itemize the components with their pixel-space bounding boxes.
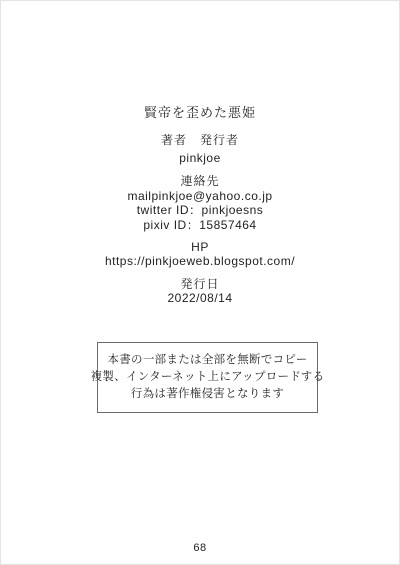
- book-title: 賢帝を歪めた悪姫: [1, 106, 399, 120]
- publication-date-heading: 発行日: [1, 277, 399, 291]
- contact-heading: 連絡先: [1, 174, 399, 188]
- copyright-notice-box: 本書の一部または全部を無断でコピー 複製、インターネット上にアップロードする 行…: [97, 342, 318, 413]
- contact-email: mailpinkjoe@yahoo.co.jp: [1, 189, 399, 203]
- author-publisher-label: 著者 発行者: [1, 133, 399, 147]
- author-name: pinkjoe: [1, 151, 399, 165]
- copyright-notice-line-3: 行為は著作権侵害となります: [131, 386, 284, 403]
- contact-twitter-id: twitter ID：pinkjoesns: [1, 203, 399, 217]
- contact-pixiv-id: pixiv ID：15857464: [1, 218, 399, 232]
- publication-date: 2022/08/14: [1, 291, 399, 305]
- website-url: https://pinkjoeweb.blogspot.com/: [1, 254, 399, 268]
- copyright-notice-line-2: 複製、インターネット上にアップロードする: [91, 369, 325, 386]
- copyright-notice-line-1: 本書の一部または全部を無断でコピー: [107, 352, 307, 369]
- website-heading: HP: [1, 240, 399, 254]
- colophon-page: 賢帝を歪めた悪姫 著者 発行者 pinkjoe 連絡先 mailpinkjoe@…: [0, 0, 400, 565]
- page-number: 68: [1, 541, 399, 555]
